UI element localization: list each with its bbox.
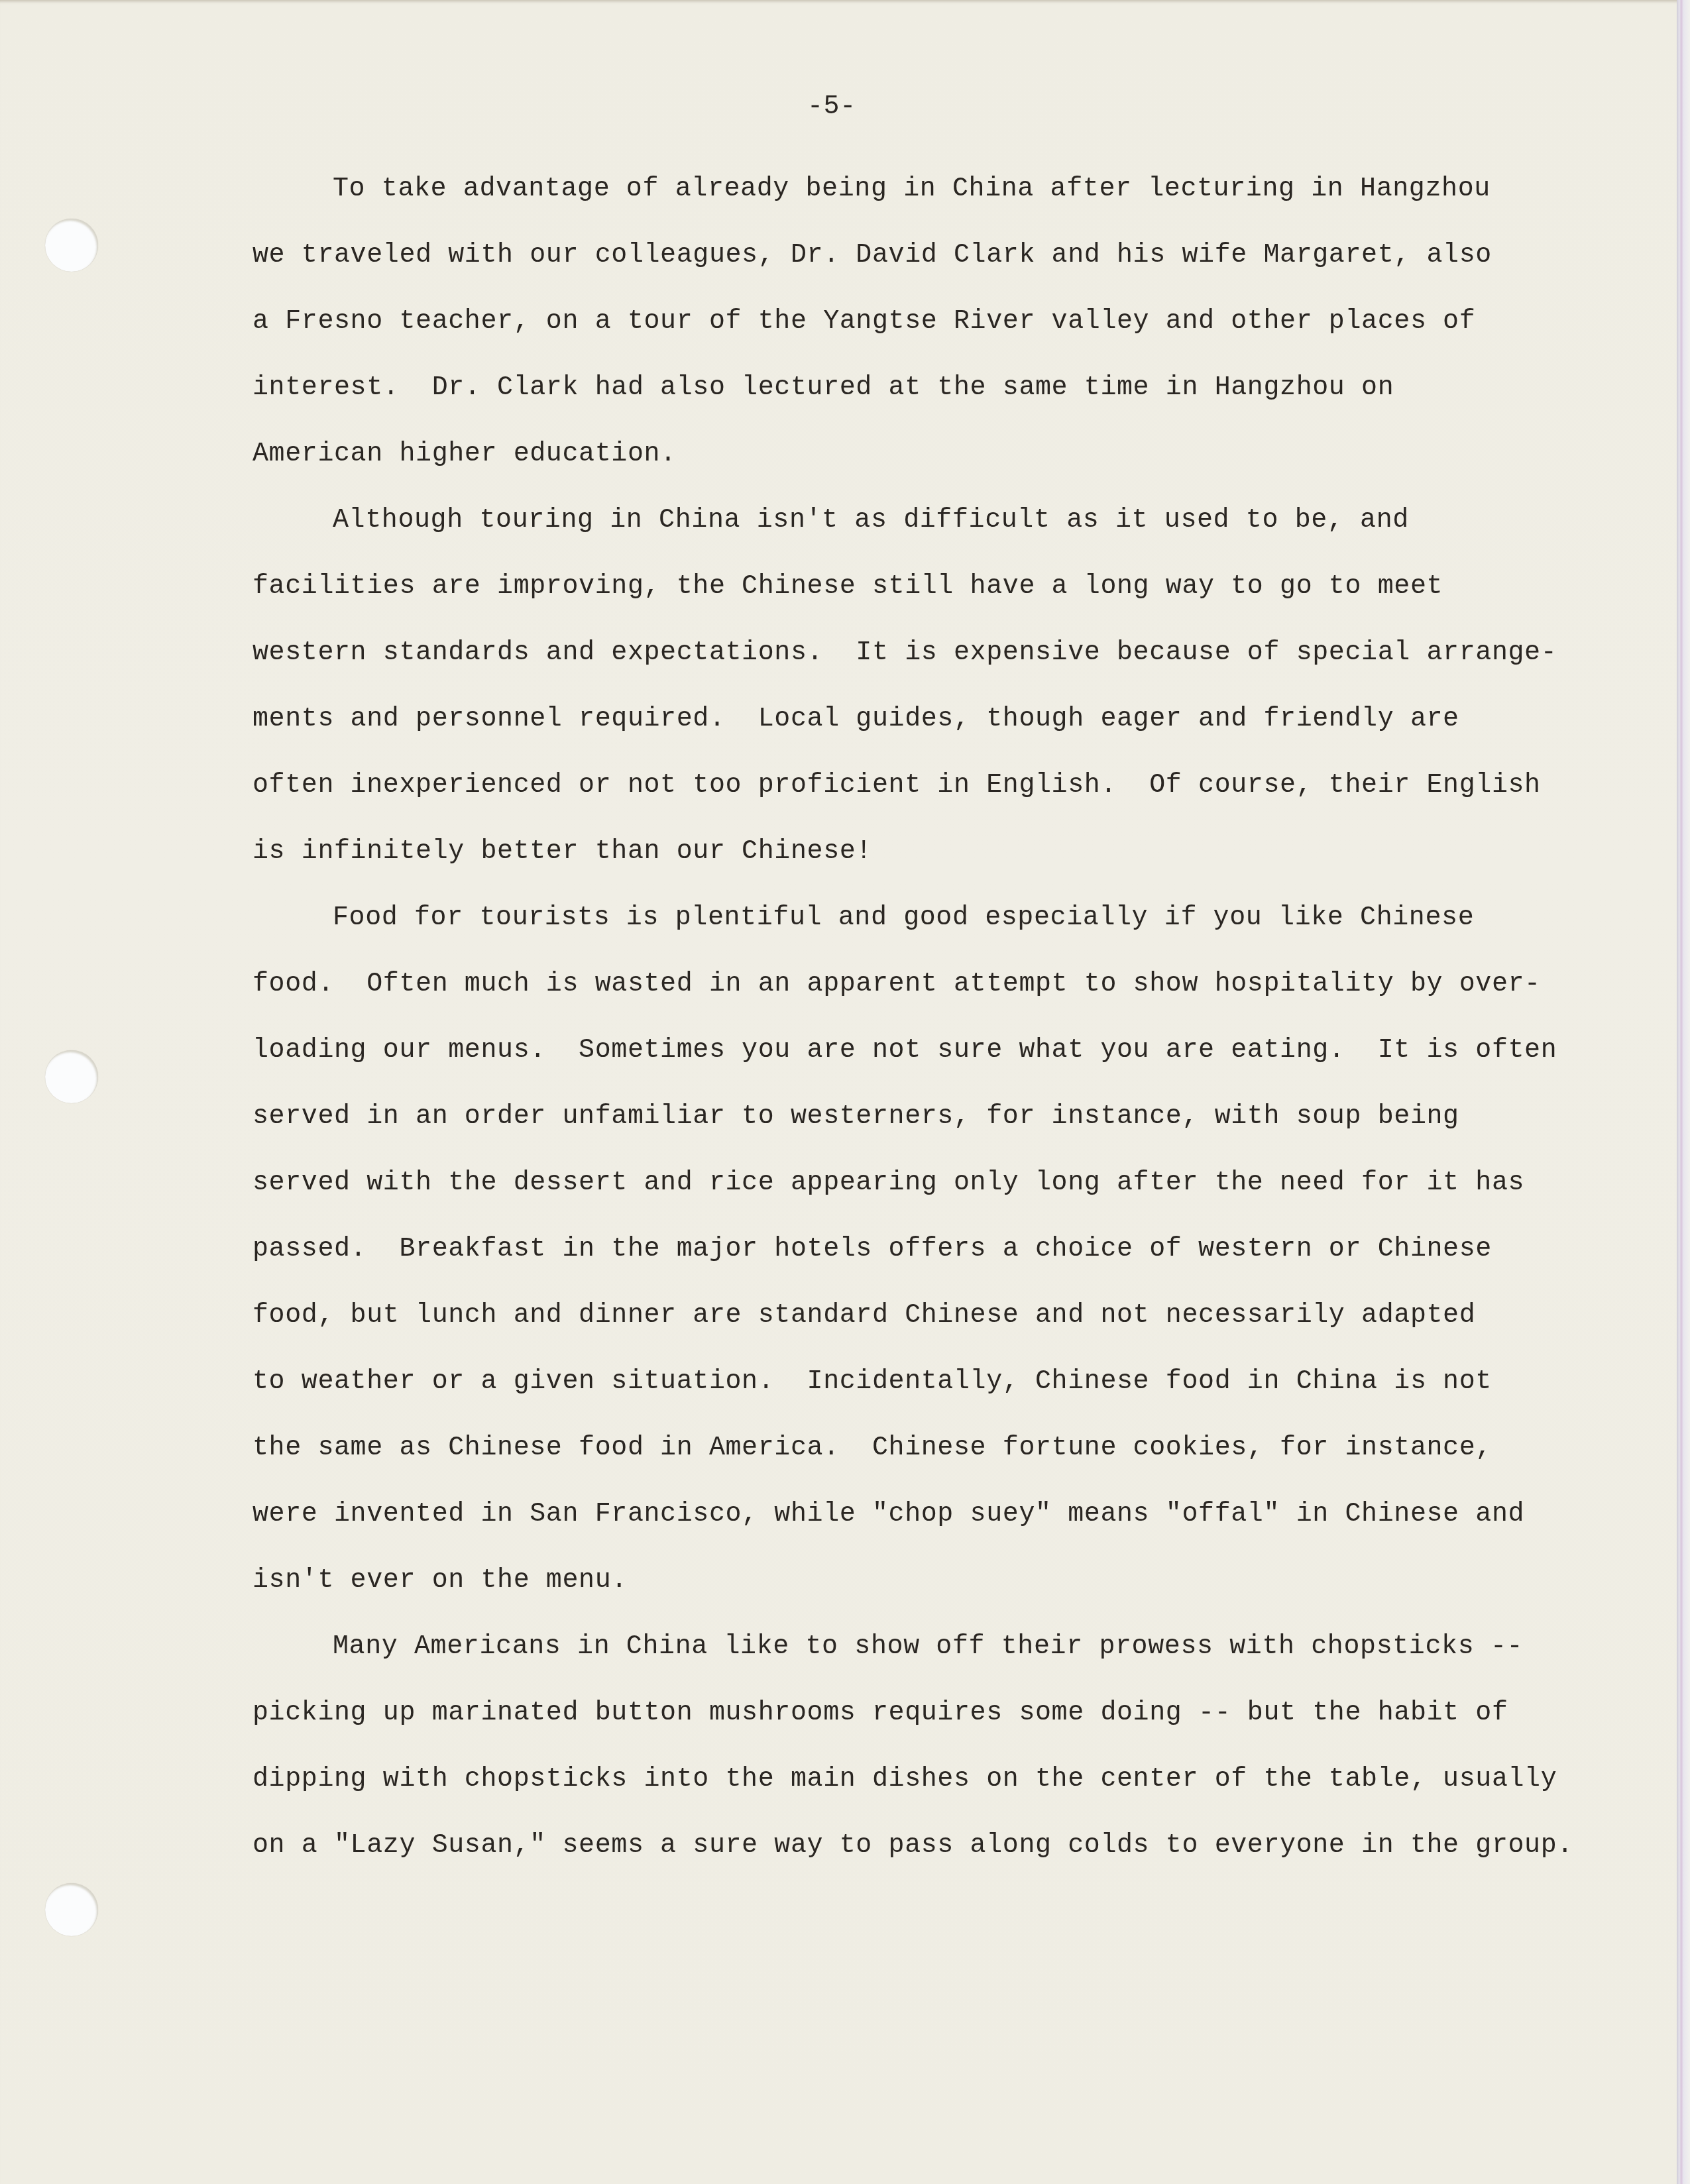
text-line: the same as Chinese food in America. Chi…	[253, 1435, 1492, 1462]
text-line: Although touring in China isn't as diffi…	[333, 508, 1409, 534]
page-number: -5-	[807, 94, 856, 121]
text-line: Food for tourists is plentiful and good …	[333, 905, 1474, 932]
text-line: To take advantage of already being in Ch…	[333, 176, 1491, 203]
text-line: loading our menus. Sometimes you are not…	[253, 1038, 1557, 1064]
text-line: western standards and expectations. It i…	[253, 640, 1557, 667]
text-line: food. Often much is wasted in an apparen…	[253, 971, 1541, 998]
text-line: ments and personnel required. Local guid…	[253, 706, 1459, 733]
text-line: often inexperienced or not too proficien…	[253, 773, 1541, 799]
text-line: American higher education.	[253, 441, 677, 468]
text-line: dipping with chopsticks into the main di…	[253, 1767, 1557, 1793]
binder-hole-bottom	[45, 1883, 98, 1936]
text-line: to weather or a given situation. Inciden…	[253, 1369, 1492, 1395]
binder-hole-middle	[45, 1050, 98, 1103]
text-line: isn't ever on the menu.	[253, 1568, 628, 1594]
document-page: -5- To take advantage of already being i…	[0, 0, 1677, 2184]
text-line: we traveled with our colleagues, Dr. Dav…	[253, 243, 1492, 269]
text-line: interest. Dr. Clark had also lectured at…	[253, 375, 1394, 402]
page-edge	[1677, 0, 1690, 2184]
text-line: served with the dessert and rice appeari…	[253, 1170, 1524, 1197]
text-line: is infinitely better than our Chinese!	[253, 839, 872, 865]
binder-hole-top	[45, 219, 98, 272]
text-line: a Fresno teacher, on a tour of the Yangt…	[253, 309, 1475, 335]
text-line: on a "Lazy Susan," seems a sure way to p…	[253, 1833, 1573, 1859]
text-line: were invented in San Francisco, while "c…	[253, 1501, 1524, 1528]
text-line: facilities are improving, the Chinese st…	[253, 574, 1443, 600]
text-line: food, but lunch and dinner are standard …	[253, 1303, 1475, 1329]
text-line: served in an order unfamiliar to western…	[253, 1104, 1459, 1130]
text-line: Many Americans in China like to show off…	[333, 1634, 1523, 1661]
text-line: passed. Breakfast in the major hotels of…	[253, 1236, 1492, 1263]
text-line: picking up marinated button mushrooms re…	[253, 1700, 1508, 1727]
